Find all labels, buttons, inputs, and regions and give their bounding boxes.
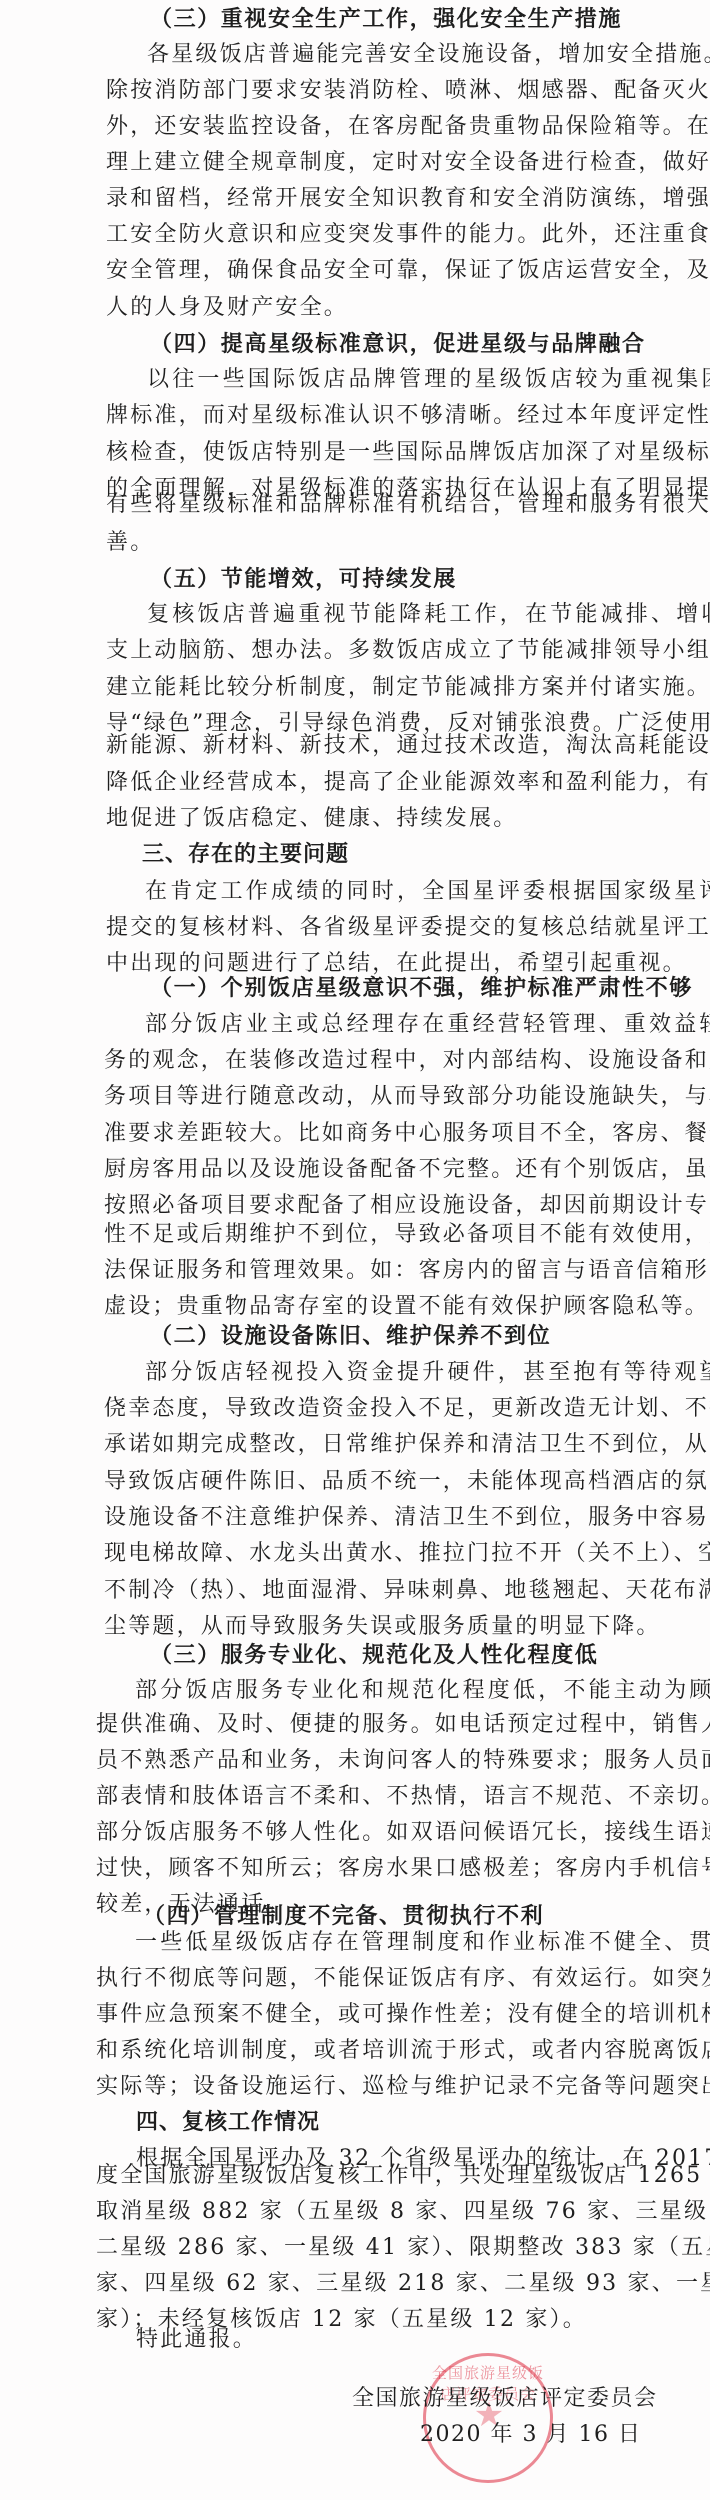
paragraph-line: 核检查，使饭店特别是一些国际品牌饭店加深了对星级标准 [106,440,710,466]
paragraph-line: 执行不彻底等问题，不能保证饭店有序、有效运行。如突发 [96,1966,710,1992]
paragraph-line: 事件应急预案不健全，或可操作性差；没有健全的培训机构 [96,2002,710,2028]
paragraph-line: 支上动脑筋、想办法。多数饭店成立了节能减排领导小组， [106,638,710,664]
paragraph-line: 务的观念，在装修改造过程中，对内部结构、设施设备和服 [104,1048,710,1074]
paragraph-line: 各星级饭店普遍能完善安全设施设备，增加安全措施。 [147,42,710,68]
section-heading: （五）节能增效，可持续发展 [150,566,457,592]
paragraph-line: 设施设备不注意维护保养、清洁卫生不到位，服务中容易出 [104,1505,710,1531]
paragraph-line: 虚设；贵重物品寄存室的设置不能有效保护顾客隐私等。 [104,1294,709,1320]
paragraph-line: 家、四星级 62 家、三星级 218 家、二星级 93 家、一星级 8 [96,2271,710,2297]
paragraph-line: 部分饭店业主或总经理存在重经营轻管理、重效益轻服 [145,1012,710,1038]
paragraph-line: 过快，顾客不知所云；客房水果口感极差；客房内手机信号 [96,1856,710,1882]
paragraph-line: 二星级 286 家、一星级 41 家）、限期整改 383 家（五星级 2 [96,2235,710,2261]
paragraph-line: 按照必备项目要求配备了相应设施设备，却因前期设计专业 [104,1193,710,1219]
paragraph-line: 提供准确、及时、便捷的服务。如电话预定过程中，销售人 [96,1712,710,1738]
paragraph-line: 地促进了饭店稳定、健康、持续发展。 [106,806,517,832]
paragraph-line: 部表情和肢体语言不柔和、不热情，语言不规范、不亲切。 [96,1784,710,1810]
paragraph-line: 承诺如期完成整改，日常维护保养和清洁卫生不到位，从而 [104,1432,710,1458]
section-heading: （二）设施设备陈旧、维护保养不到位 [150,1323,551,1349]
paragraph-line: 外，还安装监控设备，在客房配备贵重物品保险箱等。在管 [106,114,710,140]
section-heading: 三、存在的主要问题 [142,842,349,868]
section-heading: （三）重视安全生产工作，强化安全生产措施 [150,6,622,32]
paragraph-line: 尘等题，从而导致服务失误或服务质量的明显下降。 [104,1614,661,1640]
paragraph-line: 人的人身及财产安全。 [106,295,348,321]
paragraph-line: 中出现的问题进行了总结，在此提出，希望引起重视。 [106,951,687,977]
paragraph-line: 善。 [106,530,154,556]
paragraph-line: 复核饭店普遍重视节能降耗工作，在节能减排、增收节 [147,602,710,628]
paragraph-line: 度全国旅游星级饭店复核工作中，共处理星级饭店 1265 家： [96,2163,710,2189]
paragraph-line: 性不足或后期维护不到位，导致必备项目不能有效使用，无 [104,1222,710,1248]
paragraph-line: 牌标准，而对星级标准认识不够清晰。经过本年度评定性复 [106,403,710,429]
signature-date: 2020 年 3 月 16 日 [420,2422,641,2448]
paragraph-line: 在肯定工作成绩的同时，全国星评委根据国家级星评员 [145,879,710,905]
paragraph-line: 工安全防火意识和应变突发事件的能力。此外，还注重食品 [106,222,710,248]
paragraph-line: 部分饭店服务专业化和规范化程度低，不能主动为顾客 [135,1678,710,1704]
paragraph-line: 准要求差距较大。比如商务中心服务项目不全，客房、餐饮、 [104,1121,710,1147]
paragraph-line: 理上建立健全规章制度，定时对安全设备进行检查，做好记 [106,150,710,176]
paragraph-line: 厨房客用品以及设施设备配备不完整。还有个别饭店，虽然 [104,1157,710,1183]
paragraph-line: 导致饭店硬件陈旧、品质不统一，未能体现高档酒店的氛围。 [104,1469,710,1495]
paragraph-line: 降低企业经营成本，提高了企业能源效率和盈利能力，有力 [106,770,710,796]
paragraph-line: 实际等；设备设施运行、巡检与维护记录不完备等问题突出。 [96,2074,710,2100]
paragraph-line: 不制冷（热）、地面湿滑、异味刺鼻、地毯翘起、天花布满灰 [104,1578,710,1604]
paragraph-line: 和系统化培训制度，或者培训流于形式，或者内容脱离饭店 [96,2038,710,2064]
paragraph-line: 部分饭店轻视投入资金提升硬件，甚至抱有等待观望的 [145,1360,710,1386]
document-page: （三）重视安全生产工作，强化安全生产措施各星级饭店普遍能完善安全设施设备，增加安… [0,0,710,2500]
section-heading: （三）服务专业化、规范化及人性化程度低 [150,1642,598,1668]
official-seal: 全国旅游星级饭店评定委员会 ★ [423,2353,553,2483]
paragraph-line: 除按消防部门要求安装消防栓、喷淋、烟感器、配备灭火器 [106,78,710,104]
paragraph-line: 提交的复核材料、各省级星评委提交的复核总结就星评工作 [106,915,710,941]
section-heading: 四、复核工作情况 [136,2110,320,2136]
paragraph-line: 法保证服务和管理效果。如：客房内的留言与语音信箱形同 [104,1258,710,1284]
paragraph-line: 部分饭店服务不够人性化。如双语问候语冗长，接线生语速 [96,1820,710,1846]
paragraph-line: 有些将星级标准和品牌标准有机结合，管理和服务有很大改 [106,492,710,518]
section-heading: （一）个别饭店星级意识不强，维护标准严肃性不够 [150,975,693,1001]
section-heading: （四）提高星级标准意识，促进星级与品牌融合 [150,331,646,357]
paragraph-line: 员不熟悉产品和业务，未询问客人的特殊要求；服务人员面 [96,1748,710,1774]
paragraph-line: 侥幸态度，导致改造资金投入不足，更新改造无计划、不按 [104,1396,710,1422]
paragraph-line: 安全管理，确保食品安全可靠，保证了饭店运营安全，及客 [106,258,710,284]
paragraph-line: 以往一些国际饭店品牌管理的星级饭店较为重视集团品 [147,367,710,393]
paragraph-line: 一些低星级饭店存在管理制度和作业标准不健全、贯彻 [135,1930,710,1956]
paragraph-line: 现电梯故障、水龙头出黄水、推拉门拉不开（关不上）、空调 [104,1541,710,1567]
paragraph-line: 新能源、新材料、新技术，通过技术改造，淘汰高耗能设备， [106,733,710,759]
paragraph-line: 特此通报。 [136,2327,257,2353]
paragraph-line: 取消星级 882 家（五星级 8 家、四星级 76 家、三星级 471 家、 [96,2199,710,2225]
section-heading: （四）管理制度不完备、贯彻执行不利 [143,1903,544,1929]
signature-organization: 全国旅游星级饭店评定委员会 [352,2386,658,2412]
paragraph-line: 务项目等进行随意改动，从而导致部分功能设施缺失，与标 [104,1084,710,1110]
paragraph-line: 建立能耗比较分析制度，制定节能减排方案并付诸实施。倡 [106,675,710,701]
paragraph-line: 录和留档，经常开展安全知识教育和安全消防演练，增强员 [106,186,710,212]
